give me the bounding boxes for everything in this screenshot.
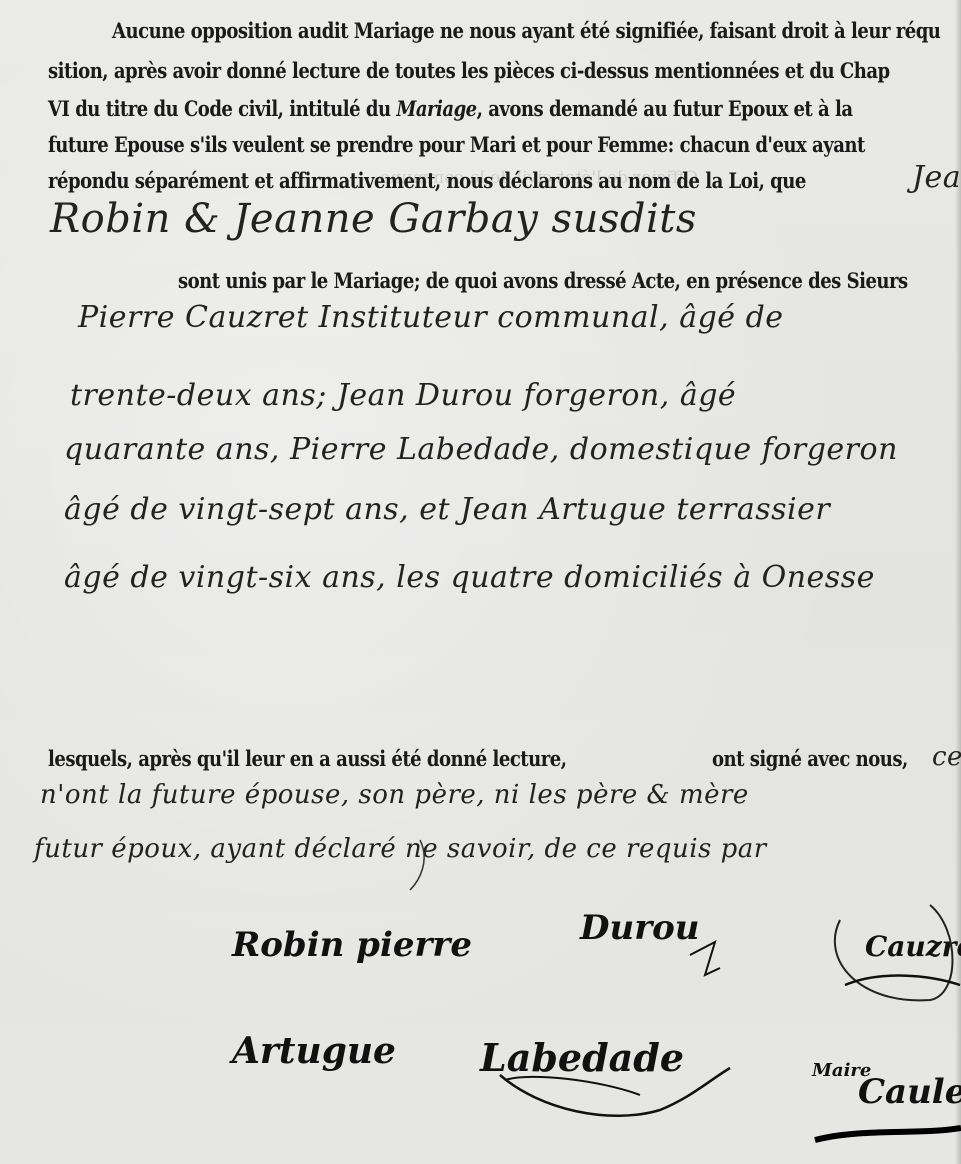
signature-flourishes (0, 0, 961, 1164)
document-page: Officier de l'état civil de la commune A… (0, 0, 961, 1164)
